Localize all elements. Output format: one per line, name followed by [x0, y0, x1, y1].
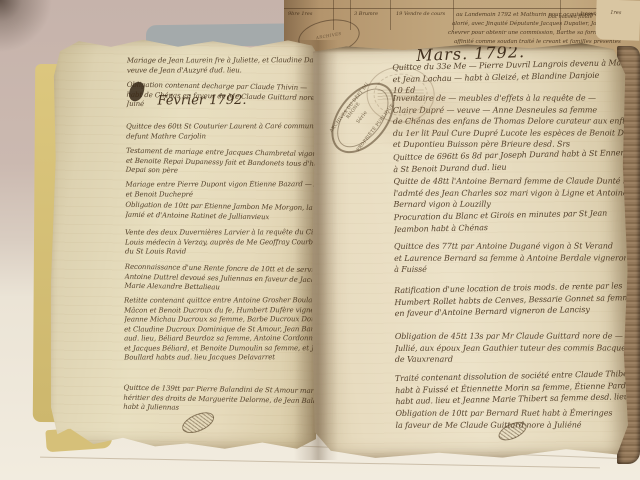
entry-line: l'admté des Jean Charles soz mari vigon …	[393, 187, 625, 199]
entry-line: Jullié, aux époux Jean Gauthier tuteur d…	[395, 342, 627, 354]
register-entry: 9 Retitte contenant quittce entre Antoin…	[124, 296, 316, 363]
entry-line: Claire Dupré — veuve — Anne Desneules sa…	[393, 104, 625, 116]
entry-line: Obligation de 45tt 13s par Mr Claude Gui…	[395, 330, 627, 342]
entry-line: du 1er lit Paul Cure Dupré Lucote les es…	[393, 127, 625, 139]
entry-line: de Vauxrenard	[395, 353, 627, 365]
sheet-edge-line	[40, 457, 600, 469]
register-entry: 4 Testament de mariage entre Jacques Cha…	[126, 147, 318, 179]
register-entry: 22 7bre Mariage de Jean Laurein fre à Ju…	[127, 56, 319, 75]
page-corner-piece: 1res	[595, 0, 640, 41]
entry-line: Inventaire de — meubles d'effets à la re…	[393, 92, 625, 104]
entry-line: Vente des deux Duvernières Larvier à la …	[125, 228, 317, 238]
entry-line: Obligation de 10tt par Bernard Ruet habt…	[395, 407, 627, 419]
register-entry: 18 Quitte de 48tt l'Antoine Bernard femm…	[393, 175, 625, 210]
back-page-rule	[284, 8, 640, 9]
manuscript-photo: ARCHIVES 9bre 1res 3 Brumre 19 Vendre de…	[0, 0, 640, 480]
entry-line: Quittce des 77tt par Antoine Dugané vigo…	[394, 240, 626, 252]
back-page-script-line: affinité comme soudan traité le creant e…	[454, 39, 621, 45]
register-entry: 18 Ratification d'une location de trois …	[394, 280, 627, 319]
entry-line: Mariage entre Pierre Dupont vigon Étienn…	[126, 180, 318, 190]
register-entry: 6 Obligation de 10tt par Étienne Jambon …	[125, 201, 317, 223]
entry-line: et Claudine Ducroux Dominique de St Amou…	[124, 325, 316, 335]
entry-line: aud. lieu, Béliard Beurdoz sa femme, Ant…	[124, 334, 316, 344]
right-page: Mars. 1792. ARCHIVES DU DÉPT DU RHÔNE Sé…	[308, 41, 630, 462]
back-page-fragment: 3 Brumre	[354, 11, 378, 17]
register-entry: 14 Quittce de 696tt 6s 8d par Joseph Dur…	[393, 147, 625, 175]
back-page-fragment: 19 Vendre de cours	[396, 11, 445, 17]
entry-line: defunt Mathre Carjolin	[126, 132, 318, 142]
entry-line: du St Louis Ravid	[125, 247, 317, 257]
entry-line: et Jacques Béliard, et Benoite Dumoulin …	[124, 344, 316, 354]
entry-line: Louis médecin à Verzay, auprès de Me Geo…	[125, 238, 317, 248]
register-entry: 14 Quittce des 77tt par Antoine Dugané v…	[394, 240, 626, 275]
entry-line: Mâcon et Benoit Ducroux du fe, Humbert D…	[124, 306, 316, 316]
register-entry: 10 mars — Quittce du 33e Me — Pierre Duv…	[392, 57, 625, 96]
register-entry: 9 Reconnaissance d'une Rente foncre de 1…	[124, 263, 316, 295]
register-entry: 22 Traité contenant dissolution de socié…	[395, 368, 628, 407]
register-entry: 13 Inventaire de — meubles d'effets à la…	[393, 92, 625, 150]
entry-line: Jeanne Michau Ducroux sa femme, Barbe Du…	[124, 315, 316, 325]
entry-line: Quittce des 60tt St Couturier Laurent à …	[126, 122, 318, 132]
register-entry: 24 Quittce de 139tt par Pierre Balandini…	[123, 384, 315, 416]
entry-line: et Laurence Bernard sa femme à Antoine B…	[394, 252, 626, 264]
entry-line: Mariage de Jean Laurein fre à Juliette, …	[127, 56, 319, 66]
entry-line: et Benoit Duchepré	[126, 190, 318, 200]
entry-line: à Fuissé	[394, 263, 626, 275]
entry-line: veuve de Jean d'Auzyré dud. lieu.	[127, 66, 319, 76]
register-entry: 4 Mariage entre Pierre Dupont vigon Étie…	[126, 180, 318, 199]
entry-line: Boullard habts aud. lieu Jacques Delavar…	[124, 353, 316, 363]
corner-fragment: 1res	[610, 10, 621, 16]
register-entry: 6 Vente des deux Duvernières Larvier à l…	[125, 228, 317, 257]
back-page-column-rule	[390, 0, 391, 30]
back-page-fragment: 9bre 1res	[288, 11, 312, 17]
left-page: Février 1792. 22 7bre Mariage de Jean La…	[48, 35, 320, 452]
register-entry: 23 Obligation de 45tt 13s par Mr Claude …	[395, 330, 627, 365]
register-entry: 18e Procuration du Blanc et Girois en mi…	[394, 207, 626, 235]
register-entry: 27 7bre Obligation contenant decharge pa…	[126, 81, 318, 113]
register-entry: 3 février — Quittce des 60tt St Couturie…	[126, 122, 318, 141]
entry-line: Quitte de 48tt l'Antoine Bernard femme d…	[393, 175, 625, 187]
entry-line: Retitte contenant quittce entre Antoine …	[124, 296, 316, 306]
entry-line: de Chénas des enfans de Thomas Delore cu…	[393, 115, 625, 127]
